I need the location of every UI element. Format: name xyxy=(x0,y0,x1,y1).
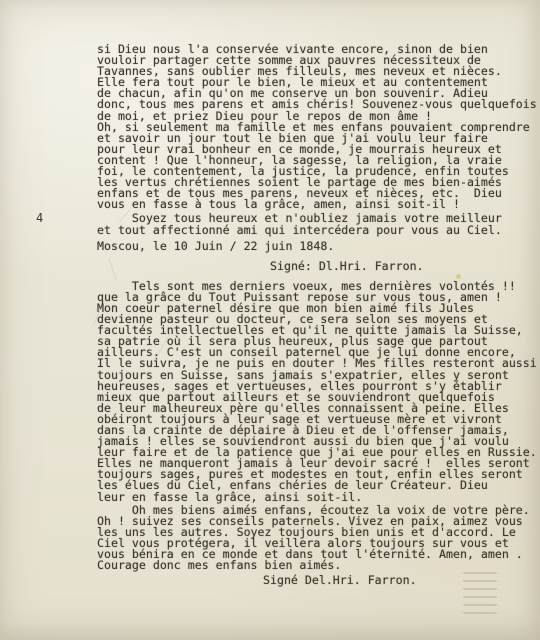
text-line: leur en fasse la grâce, ainsi soit-il. xyxy=(97,492,540,503)
text-line: vous en fasse à tous la grâce, amen, ain… xyxy=(97,199,540,210)
paragraph-3: Tels sont mes derniers voeux, mes derniè… xyxy=(97,281,540,503)
paragraph-2: Soyez tous heureux et n'oubliez jamais v… xyxy=(97,213,540,235)
letter-text-column: si Dieu nous l'a conservée vivante encor… xyxy=(97,44,540,586)
dateline: Moscou, le 10 Juin / 22 juin 1848. xyxy=(97,241,540,252)
paragraph-4: Oh mes biens aimés enfans, écoutez la vo… xyxy=(97,505,540,572)
signature-1: Signé: Dl.Hri. Farron. xyxy=(270,261,540,272)
paragraph-1: si Dieu nous l'a conservée vivante encor… xyxy=(97,44,540,210)
signature-2: Signé Del.Hri. Farron. xyxy=(263,575,540,586)
text-line: Signé Del.Hri. Farron. xyxy=(263,575,540,586)
text-line: et tout affectionné ami qui intercédera … xyxy=(97,225,540,236)
text-line: Courage donc mes enfans bien aimés. xyxy=(97,560,540,571)
page-number: 4 xyxy=(36,211,43,225)
text-line: Signé: Dl.Hri. Farron. xyxy=(270,261,540,272)
scanned-letter-page: 4 si Dieu nous l'a conservée vivante enc… xyxy=(0,0,540,640)
text-line: Moscou, le 10 Juin / 22 juin 1848. xyxy=(97,241,540,252)
